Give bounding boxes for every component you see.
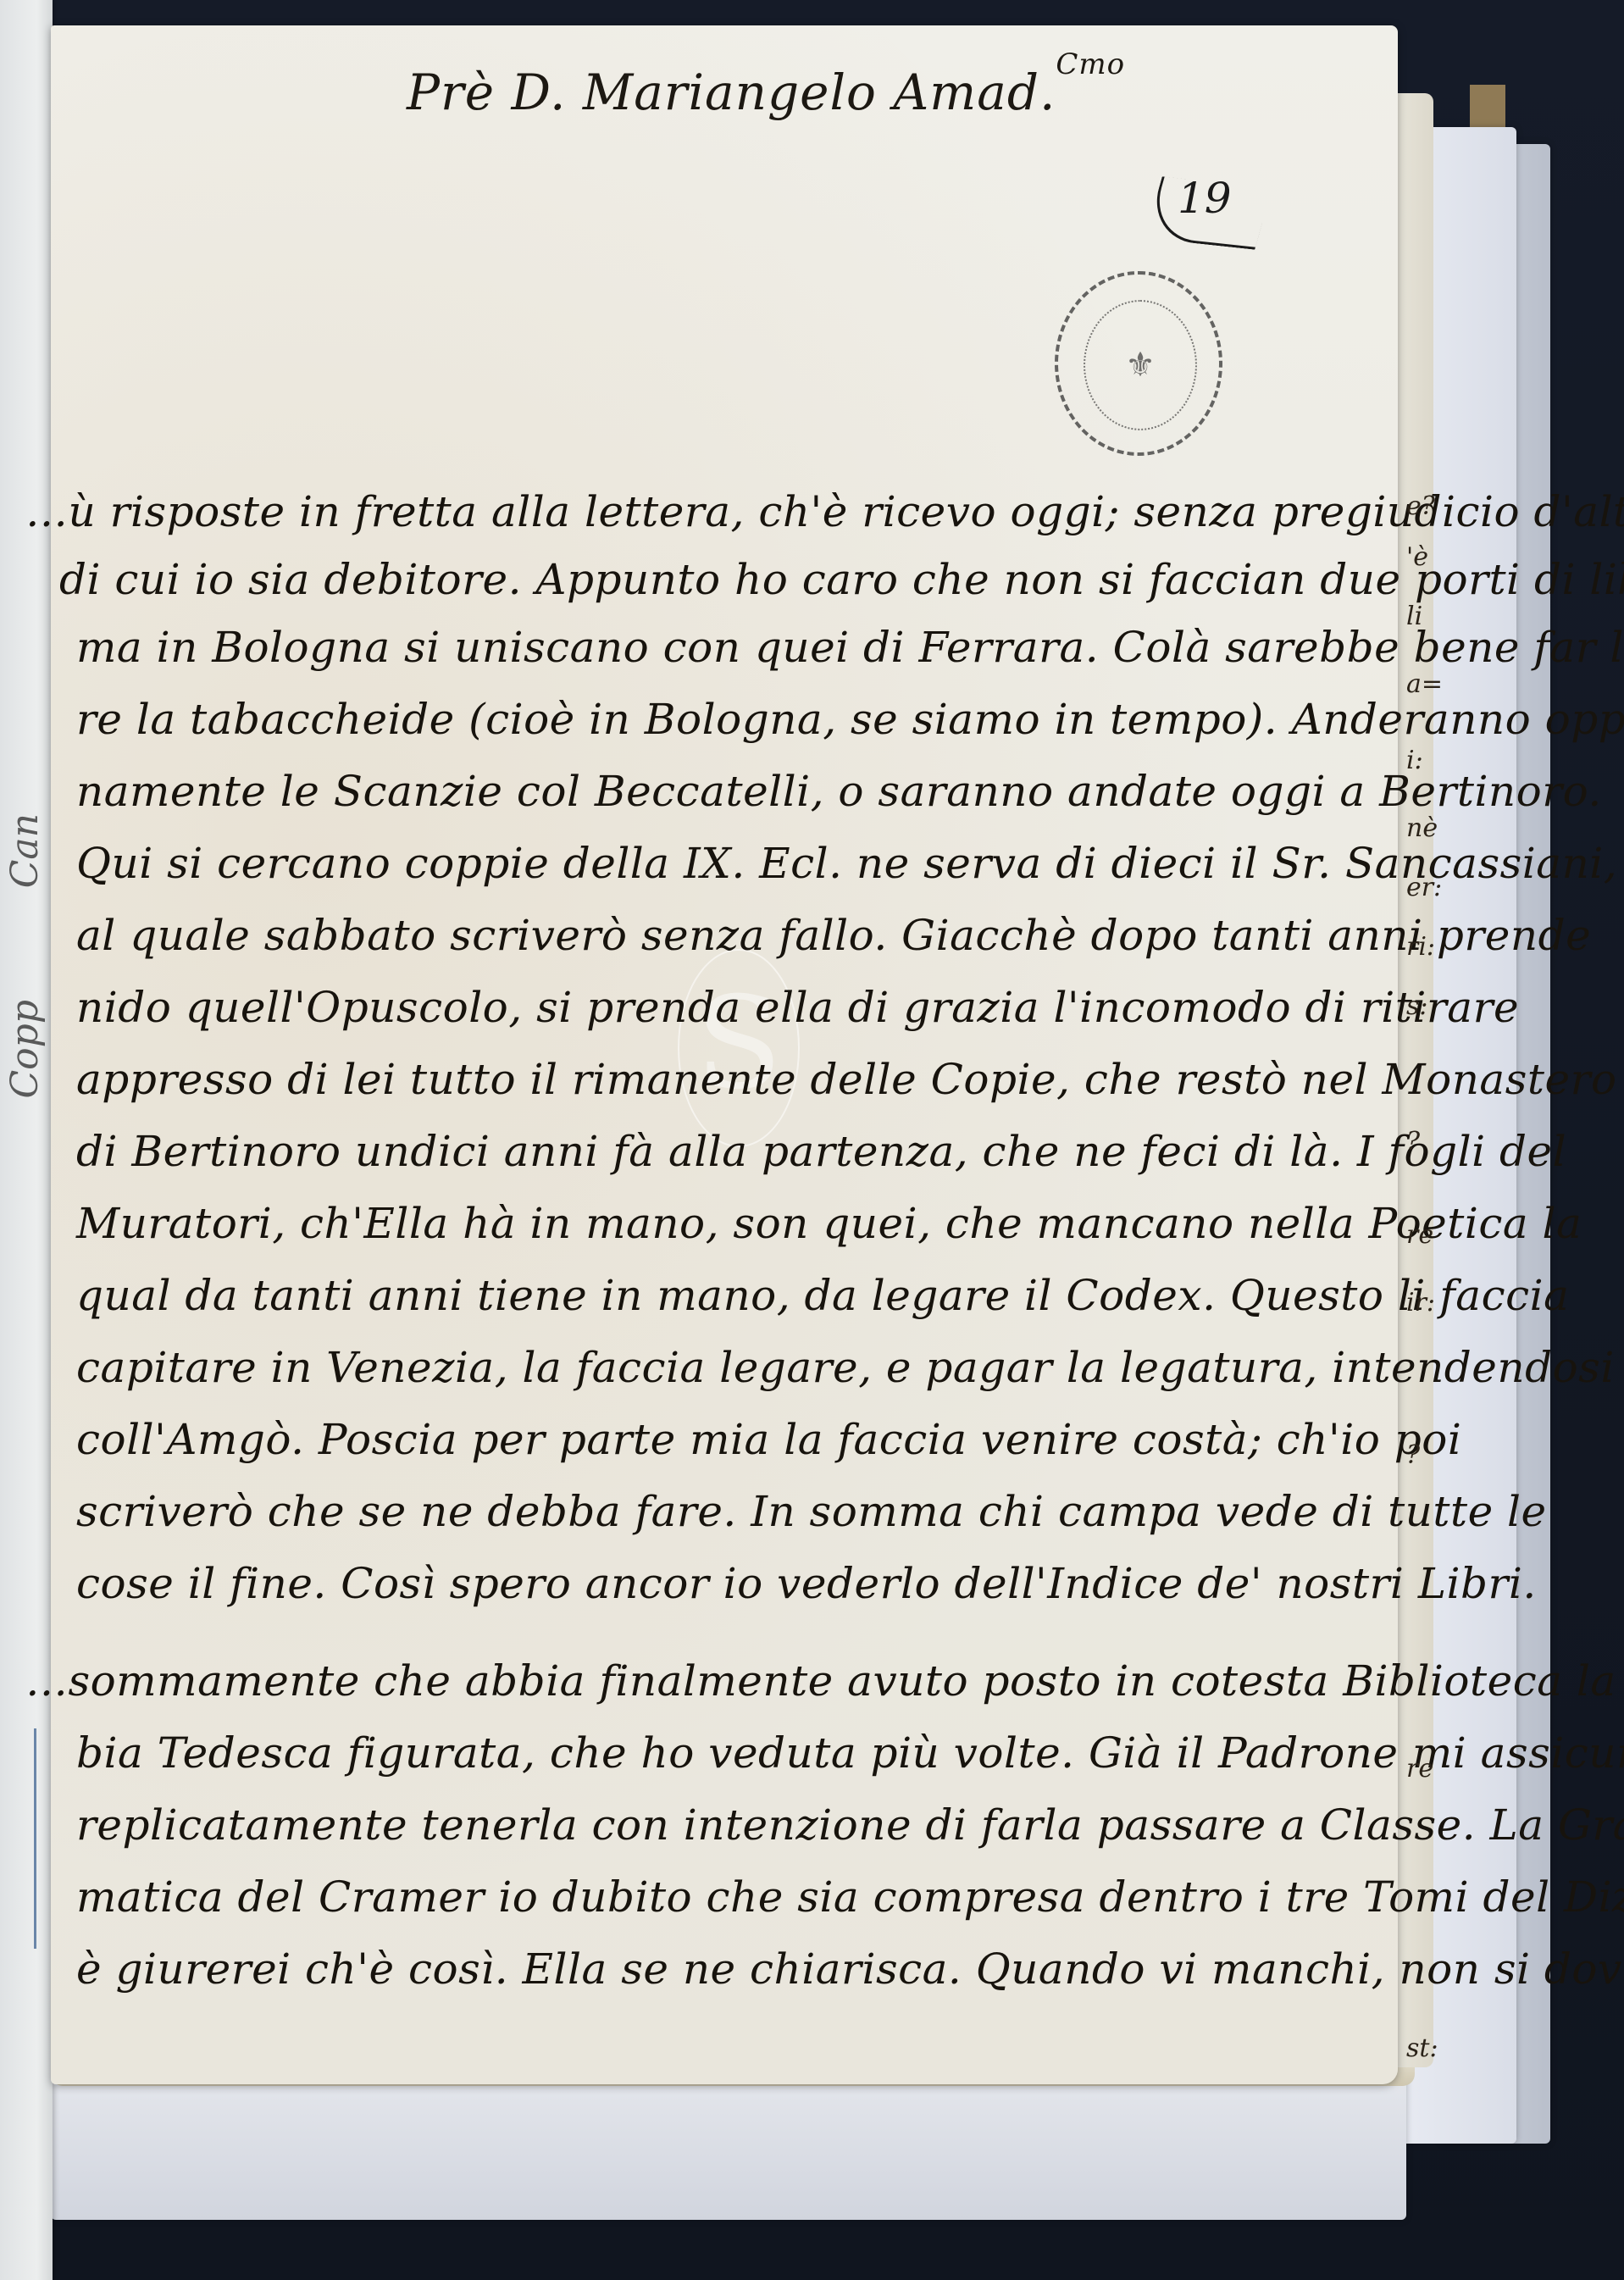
- text-line: matica del Cramer io dubito che sia comp…: [76, 1872, 1624, 1922]
- folio-number: 19: [1178, 174, 1232, 223]
- text-line: al quale sabbato scriverò senza fallo. G…: [76, 911, 1591, 960]
- text-line: …ù risposte in fretta alla lettera, ch'è…: [25, 487, 1624, 536]
- margin-fragment: li: [1406, 602, 1440, 631]
- text-line: Qui si cercano coppie della IX. Ecl. ne …: [76, 839, 1617, 888]
- watermark-logo: S: [678, 949, 800, 1147]
- text-line: qual da tanti anni tiene in mano, da leg…: [76, 1271, 1569, 1320]
- text-line: cose il fine. Così spero ancor io vederl…: [76, 1559, 1537, 1608]
- margin-fragment: nè: [1406, 813, 1440, 843]
- text-line: …sommamente che abbia finalmente avuto p…: [25, 1656, 1624, 1706]
- addressee-text: Prè D. Mariangelo Amad.: [407, 64, 1056, 121]
- margin-fragment: a=: [1406, 669, 1440, 699]
- margin-fragment: ?: [1406, 1127, 1440, 1157]
- margin-fragment: re: [1406, 1220, 1440, 1250]
- text-line: Muratori, ch'Ella hà in mano, son quei, …: [76, 1199, 1582, 1248]
- stamp-emblem-icon: ⚜: [1084, 300, 1197, 430]
- margin-fragment: s:: [1406, 991, 1440, 1021]
- text-line: di cui io sia debitore. Appunto ho caro …: [59, 555, 1624, 604]
- margin-fragment: 'è: [1406, 542, 1440, 572]
- margin-fragment: ir:: [1406, 1288, 1440, 1318]
- text-line: appresso di lei tutto il rimanente delle…: [76, 1055, 1617, 1104]
- text-line: coll'Amgò. Poscia per parte mia la facci…: [76, 1415, 1461, 1464]
- margin-fragment: ri:: [1406, 932, 1440, 962]
- text-line: re la tabaccheide (cioè in Bologna, se s…: [76, 695, 1624, 744]
- text-line: replicatamente tenerla con intenzione di…: [76, 1800, 1624, 1850]
- text-line: scriverò che se ne debba fare. In somma …: [76, 1487, 1547, 1536]
- text-line: nido quell'Opuscolo, si prenda ella di g…: [76, 983, 1519, 1032]
- addressee-heading: Prè D. Mariangelo Amad.Cmo: [407, 64, 1125, 121]
- left-margin-fragment: Copp: [3, 1000, 47, 1099]
- margin-fragment: ?: [1406, 1440, 1440, 1470]
- text-line: ma in Bologna si uniscano con quei di Fe…: [76, 623, 1624, 672]
- margin-fragment: e?: [1406, 491, 1440, 521]
- text-line: capitare in Venezia, la faccia legare, e…: [76, 1343, 1615, 1392]
- margin-fragment: st:: [1406, 2033, 1440, 2063]
- text-line: è giurerei ch'è così. Ella se ne chiaris…: [76, 1944, 1624, 1994]
- addressee-superscript: Cmo: [1056, 47, 1125, 81]
- text-line: namente le Scanzie col Beccatelli, o sar…: [76, 767, 1602, 816]
- margin-fragment: er:: [1406, 873, 1440, 902]
- margin-fragment: i:: [1406, 746, 1440, 775]
- text-line: bia Tedesca figurata, che ho veduta più …: [76, 1728, 1624, 1778]
- left-margin-fragment: Can: [3, 813, 47, 888]
- text-line: di Bertinoro undici anni fà alla partenz…: [76, 1127, 1566, 1176]
- margin-fragment: re: [1406, 1754, 1440, 1784]
- blue-pencil-mark: [34, 1728, 36, 1949]
- library-stamp: ⚜: [1055, 271, 1222, 456]
- facing-page-edge: Can Copp: [0, 0, 53, 2280]
